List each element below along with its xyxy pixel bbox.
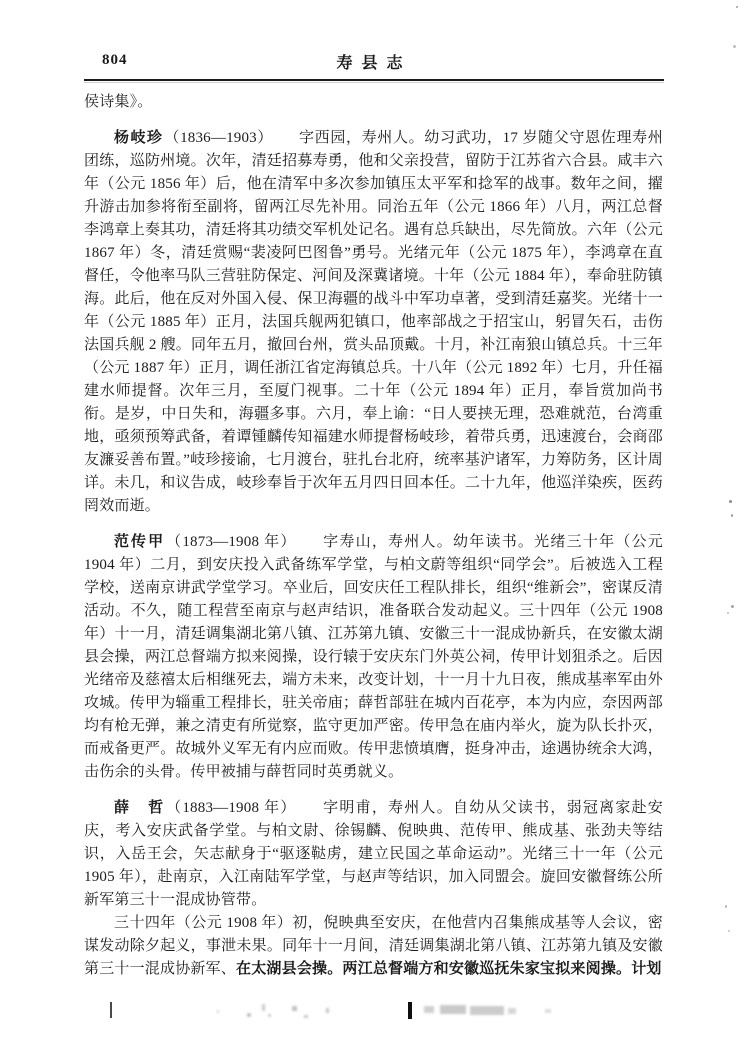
scan-speck (736, 6, 738, 8)
footer-scan-smudge-text (470, 1006, 504, 1015)
footer-scan-smudge-text (440, 1005, 466, 1014)
scan-speck (729, 500, 732, 503)
scan-smudge (292, 1006, 297, 1011)
entry-name-fan-chuanjia: 范传甲 (114, 534, 165, 550)
scan-speck (733, 45, 736, 48)
header-rule (84, 79, 664, 81)
entry-body-fan-chuanjia: 字寿山，寿州人。幼年读书。光绪三十年（公元 1904 年）二月，到安庆投入武备练… (84, 534, 663, 780)
footer-scan-smudge-text (424, 1006, 434, 1013)
scanned-book-page: 804 寿县志 侯诗集》。 杨岐珍（1836—1903）字西园，寿州人。幼习武功… (0, 0, 747, 1046)
entry-body-yang-qizhen: 字西园，寿州人。幼习武功，17 岁随父守恩佐理寿州团练，巡防州境。次年，清廷招募… (84, 130, 663, 514)
scan-smudge (304, 1015, 308, 1018)
entry-body-xue-zhe: 字明甫，寿州人。自幼从父读书，弱冠离家赴安庆，考入安庆武备学堂。与柏文尉、徐锡麟… (84, 800, 663, 908)
scan-smudge (247, 1013, 251, 1017)
entry-name-yang-qizhen: 杨岐珍 (114, 130, 163, 146)
scan-speck (725, 905, 727, 908)
text-block: 侯诗集》。 杨岐珍（1836—1903）字西园，寿州人。幼习武功，17 岁随父守… (84, 86, 663, 981)
entry-paragraph-fan-chuanjia: 范传甲（1873—1908 年）字寿山，寿州人。幼年读书。光绪三十年（公元 19… (84, 531, 663, 784)
scan-speck (727, 612, 729, 614)
entry-name-xue-zhe: 薛 哲 (114, 800, 165, 816)
page-number: 804 (102, 52, 128, 69)
scan-speck (731, 605, 734, 608)
footer-scan-tick (110, 1002, 112, 1018)
page-header: 804 寿县志 (84, 48, 664, 74)
entry-paragraph-xue-zhe: 薛 哲（1883—1908 年）字明甫，寿州人。自幼从父读书，弱冠离家赴安庆，考… (84, 797, 663, 912)
scan-smudge (262, 1004, 265, 1011)
entry-body-xue-zhe-2-bold: 在太湖县会操。两江总督端方和安徽巡抚朱家宝拟来阅操。计划 (236, 961, 662, 977)
footer-scan-bar (408, 1002, 412, 1019)
continuation-line: 侯诗集》。 (84, 91, 663, 114)
scan-speck (728, 930, 730, 932)
footer-scan-smudge-text (545, 1009, 551, 1013)
entry-dates-yang-qizhen: （1836—1903） (164, 130, 273, 146)
page-title: 寿县志 (336, 50, 411, 73)
scan-speck (731, 514, 733, 517)
entry-dates-fan-chuanjia: （1873—1908 年） (166, 534, 296, 550)
scan-smudge (217, 1010, 219, 1013)
scan-smudge (268, 1014, 271, 1017)
entry-dates-xue-zhe: （1883—1908 年） (166, 800, 296, 816)
entry-paragraph-xue-zhe-2: 三十四年（公元 1908 年）初，倪映典至安庆，在他营内召集熊成基等人会议，密谋… (84, 912, 663, 981)
scan-smudge (326, 1008, 329, 1013)
footer-scan-smudge-text (508, 1008, 516, 1014)
entry-paragraph-yang-qizhen: 杨岐珍（1836—1903）字西园，寿州人。幼习武功，17 岁随父守恩佐理寿州团… (84, 127, 663, 518)
